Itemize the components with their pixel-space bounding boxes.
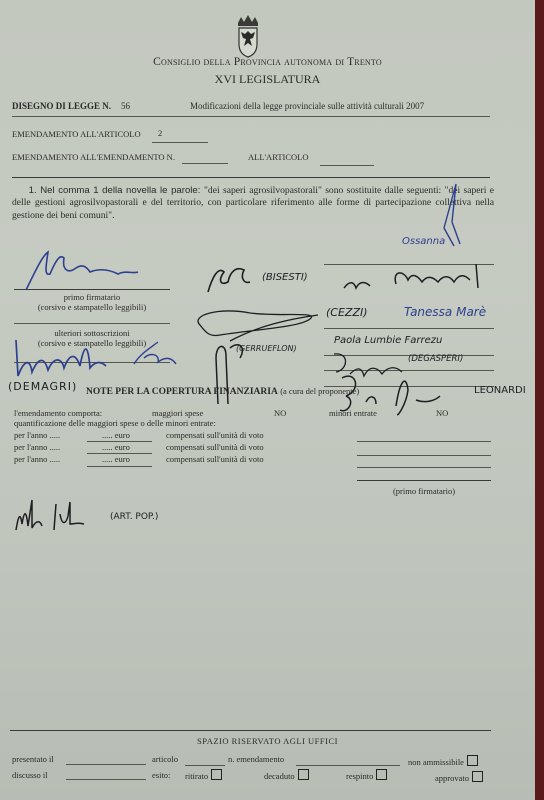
more-costs-value[interactable]: NO	[274, 408, 286, 418]
withdrawn-option[interactable]: ritirato	[185, 769, 222, 781]
bill-label: DISEGNO DI LEGGE N.	[12, 101, 111, 111]
divider	[10, 730, 491, 731]
handwritten-name: (GERRUEFLON)	[236, 344, 297, 353]
finance-row-year: per l'anno .....	[14, 442, 60, 452]
folder-edge	[535, 0, 544, 800]
approved-checkbox[interactable]	[472, 771, 483, 782]
rejected-label: respinto	[346, 771, 373, 781]
presented-label: presentato il	[12, 754, 54, 764]
field-underline	[87, 466, 152, 467]
handwritten-name: (DEMAGRI)	[8, 380, 77, 393]
lapsed-checkbox[interactable]	[298, 769, 309, 780]
finance-title: NOTE PER LA COPERTURA FINANZIARIA	[86, 387, 278, 397]
handwritten-name: Tanessa Marè	[404, 305, 486, 319]
finance-title-note: (a cura del proponente)	[280, 386, 359, 396]
handwritten-name: (DEGASPERI)	[408, 354, 463, 364]
article-field[interactable]	[185, 765, 225, 766]
signature-line	[14, 323, 170, 324]
finance-row-comp: compensati sull'unità di voto	[166, 430, 264, 440]
finance-signer-label: (primo firmatario)	[357, 486, 491, 496]
withdrawn-label: ritirato	[185, 771, 208, 781]
signature-scribble	[400, 182, 480, 262]
field-underline	[357, 455, 491, 456]
handwritten-name: Ossanna	[402, 236, 445, 247]
signature-scribble	[204, 258, 264, 298]
handwritten-name: Paola Lumbie Farrezu	[334, 335, 442, 346]
finance-row-year: per l'anno .....	[14, 430, 60, 440]
field-underline	[152, 142, 208, 143]
first-signer-hint: (corsivo e stampatello leggibili)	[14, 302, 170, 312]
presented-field[interactable]	[66, 764, 146, 765]
field-underline	[357, 467, 491, 468]
lapsed-option[interactable]: decaduto	[264, 769, 309, 781]
bill-title: Modificazioni della legge provinciale su…	[190, 101, 424, 111]
rejected-checkbox[interactable]	[376, 769, 387, 780]
divider	[12, 177, 490, 178]
finance-row-year: per l'anno .....	[14, 454, 60, 464]
inadmissible-label: non ammissibile	[408, 757, 464, 767]
amend-no-label: n. emendamento	[228, 754, 284, 764]
article-label: articolo	[152, 754, 178, 764]
divider	[12, 116, 490, 117]
amend-article-label: EMENDAMENTO ALL'ARTICOLO	[12, 129, 141, 139]
amend-amend-label: EMENDAMENTO ALL'EMENDAMENTO N.	[12, 152, 175, 162]
quantification-label: quantificazione delle maggiori spese o d…	[14, 418, 216, 428]
inadmissible-option[interactable]: non ammissibile	[408, 755, 478, 767]
institution-name: Consiglio della Provincia autonoma di Tr…	[0, 56, 535, 68]
finance-row-amount[interactable]: ..... euro	[102, 430, 130, 440]
handwritten-name: LEONARDI	[474, 385, 526, 396]
less-revenue-label: minori entrate	[329, 408, 377, 418]
signature-line	[357, 480, 491, 481]
approved-label: approvato	[435, 773, 469, 783]
handwritten-name: (CEZZI)	[326, 306, 368, 319]
signature-scribble	[130, 334, 190, 374]
approved-option[interactable]: approvato	[435, 771, 483, 783]
field-underline	[320, 165, 374, 166]
discussed-field[interactable]	[66, 779, 146, 780]
legislature: XVI LEGISLATURA	[0, 72, 535, 87]
more-costs-label: maggiori spese	[152, 408, 203, 418]
lapsed-label: decaduto	[264, 771, 295, 781]
finance-row-amount[interactable]: ..... euro	[102, 454, 130, 464]
entails-label: l'emendamento comporta:	[14, 408, 102, 418]
field-underline	[182, 163, 228, 164]
field-underline	[357, 441, 491, 442]
withdrawn-checkbox[interactable]	[211, 769, 222, 780]
amendment-text-lead: 1. Nel comma 1 della novella le parole:	[29, 185, 204, 196]
signature-scribble	[12, 494, 102, 538]
handwritten-name: (ART. POP.)	[110, 512, 158, 522]
finance-row-amount[interactable]: ..... euro	[102, 442, 130, 452]
handwritten-name: (BISESTI)	[262, 272, 308, 283]
outcome-label: esito:	[152, 770, 170, 780]
bill-number: 56	[121, 101, 130, 111]
finance-section: NOTE PER LA COPERTURA FINANZIARIA (a cur…	[86, 386, 359, 397]
rejected-option[interactable]: respinto	[346, 769, 387, 781]
document-page: Consiglio della Provincia autonoma di Tr…	[0, 0, 535, 800]
office-title: SPAZIO RISERVATO AGLI UFFICI	[0, 736, 535, 746]
finance-row-comp: compensati sull'unità di voto	[166, 442, 264, 452]
signature-scribble	[10, 336, 130, 382]
finance-row-comp: compensati sull'unità di voto	[166, 454, 264, 464]
amend-article-field[interactable]: 2	[158, 128, 208, 138]
signature-line	[324, 328, 494, 329]
to-article-label: ALL'ARTICOLO	[248, 152, 309, 162]
amend-no-field[interactable]	[296, 765, 400, 766]
discussed-label: discusso il	[12, 770, 48, 780]
signature-scribble	[20, 244, 150, 294]
inadmissible-checkbox[interactable]	[467, 755, 478, 766]
signature-scribble	[340, 260, 490, 294]
less-revenue-value[interactable]: NO	[436, 408, 448, 418]
coat-of-arms-icon	[234, 14, 262, 58]
